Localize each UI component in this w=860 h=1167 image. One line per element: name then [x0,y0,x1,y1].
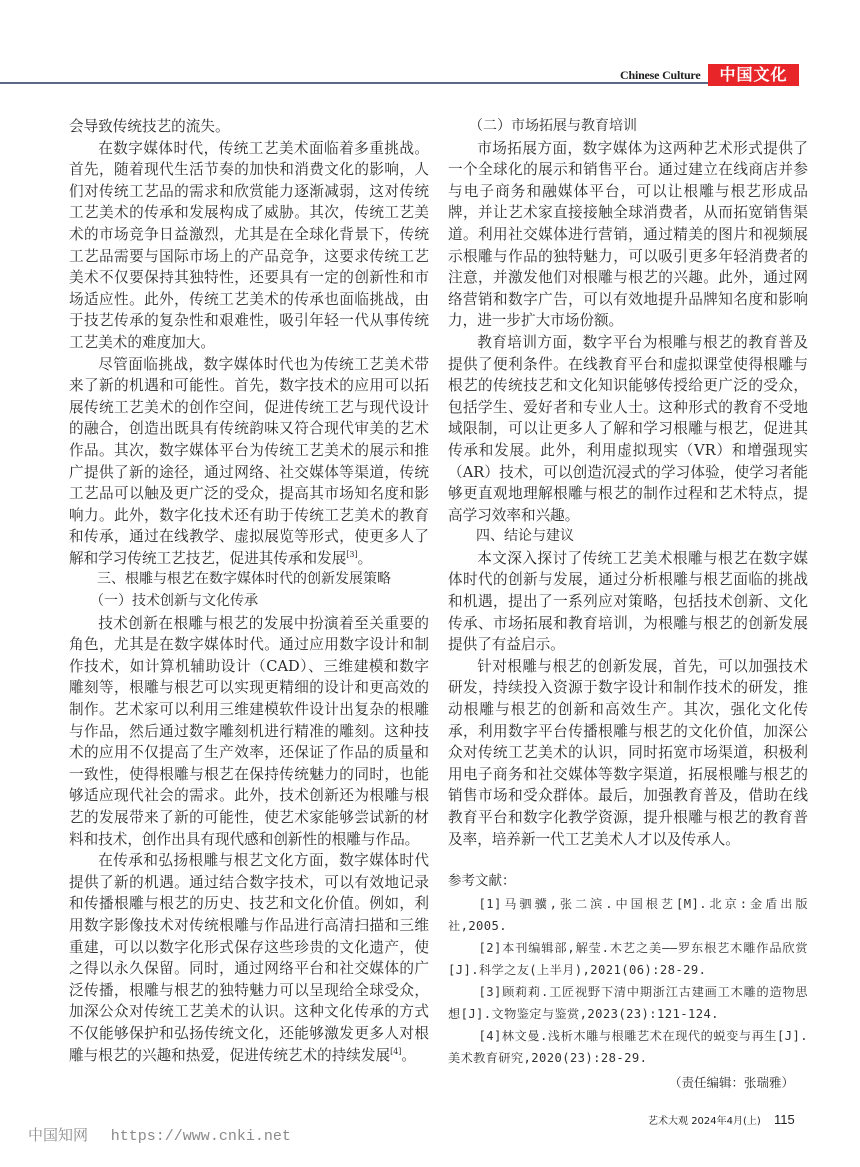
watermark: 中国知网 https://www.cnki.net [28,1124,291,1145]
paragraph: 针对根雕与根艺的创新发展，首先，可以加强技术研发，持续投入资源于数字设计和制作技… [448,656,808,850]
paragraph: 会导致传统技艺的流失。 [69,116,429,138]
paragraph: 尽管面临挑战，数字媒体时代也为传统工艺美术带来了新的机遇和可能性。首先，数字技术… [69,354,429,570]
watermark-url[interactable]: https://www.cnki.net [111,1128,291,1145]
paragraph: 市场拓展方面，数字媒体为这两种艺术形式提供了一个全球化的展示和销售平台。通过建立… [448,138,808,332]
reference-item: [2]本刊编辑部,解莹.木艺之美——罗东根艺木雕作品欣赏[J].科学之友(上半月… [448,937,808,981]
page-footer: 艺术大观 2024年4月(上) 115 [648,1112,795,1127]
right-column: （二）市场拓展与教育培训 市场拓展方面，数字媒体为这两种艺术形式提供了一个全球化… [448,116,808,1093]
left-column: 会导致传统技艺的流失。 在数字媒体时代，传统工艺美术面临着多重挑战。首先，随着现… [69,116,429,1066]
issue-date: 2024年4月(上) [691,1116,761,1127]
journal-name: 艺术大观 [648,1116,688,1127]
header-rule [0,82,710,84]
paragraph: 在传承和弘扬根雕与根艺文化方面，数字媒体时代提供了新的机遇。通过结合数字技术，可… [69,850,429,1066]
paragraph-end: 。 [358,550,373,567]
section-label-en: Chinese Culture [620,68,700,83]
subsection-heading: （二）市场拓展与教育培训 [448,116,808,138]
paragraph: 教育培训方面，数字平台为根雕与根艺的教育普及提供了便利条件。在线教育平台和虚拟课… [448,332,808,526]
page-number: 115 [774,1112,795,1127]
citation-ref[interactable]: [4] [390,1047,401,1056]
paragraph: 本文深入探讨了传统工艺美术根雕与根艺在数字媒体时代的创新与发展，通过分析根雕与根… [448,548,808,656]
responsible-editor: （责任编辑：张瑞雅） [448,1072,808,1094]
paragraph-text: 在传承和弘扬根雕与根艺文化方面，数字媒体时代提供了新的机遇。通过结合数字技术，可… [69,852,429,1063]
references-title: 参考文献： [448,871,808,893]
section-heading: 四、结论与建议 [448,526,808,548]
paragraph: 技术创新在根雕与根艺的发展中扮演着至关重要的角色，尤其是在数字媒体时代。通过应用… [69,613,429,851]
section-heading: 三、根雕与根艺在数字媒体时代的创新发展策略 [69,569,429,591]
subsection-heading: （一）技术创新与文化传承 [69,591,429,613]
paragraph-text: 尽管面临挑战，数字媒体时代也为传统工艺美术带来了新的机遇和可能性。首先，数字技术… [69,356,429,567]
citation-ref[interactable]: [3] [346,550,357,559]
section-badge-cn: 中国文化 [708,64,799,86]
watermark-cnki: 中国知网 [28,1126,88,1144]
reference-item: [4]林文曼.浅析木雕与根雕艺术在现代的蜕变与再生[J].美术教育研究,2020… [448,1025,808,1069]
reference-item: [1]马驷骥,张二滨.中国根艺[M].北京:金盾出版社,2005. [448,893,808,937]
reference-item: [3]顾莉莉.工匠视野下清中期浙江古建画工木雕的造物思想[J].文物鉴定与鉴赏,… [448,981,808,1025]
paragraph-end: 。 [401,1047,416,1064]
paragraph: 在数字媒体时代，传统工艺美术面临着多重挑战。首先，随着现代生活节奏的加快和消费文… [69,138,429,354]
